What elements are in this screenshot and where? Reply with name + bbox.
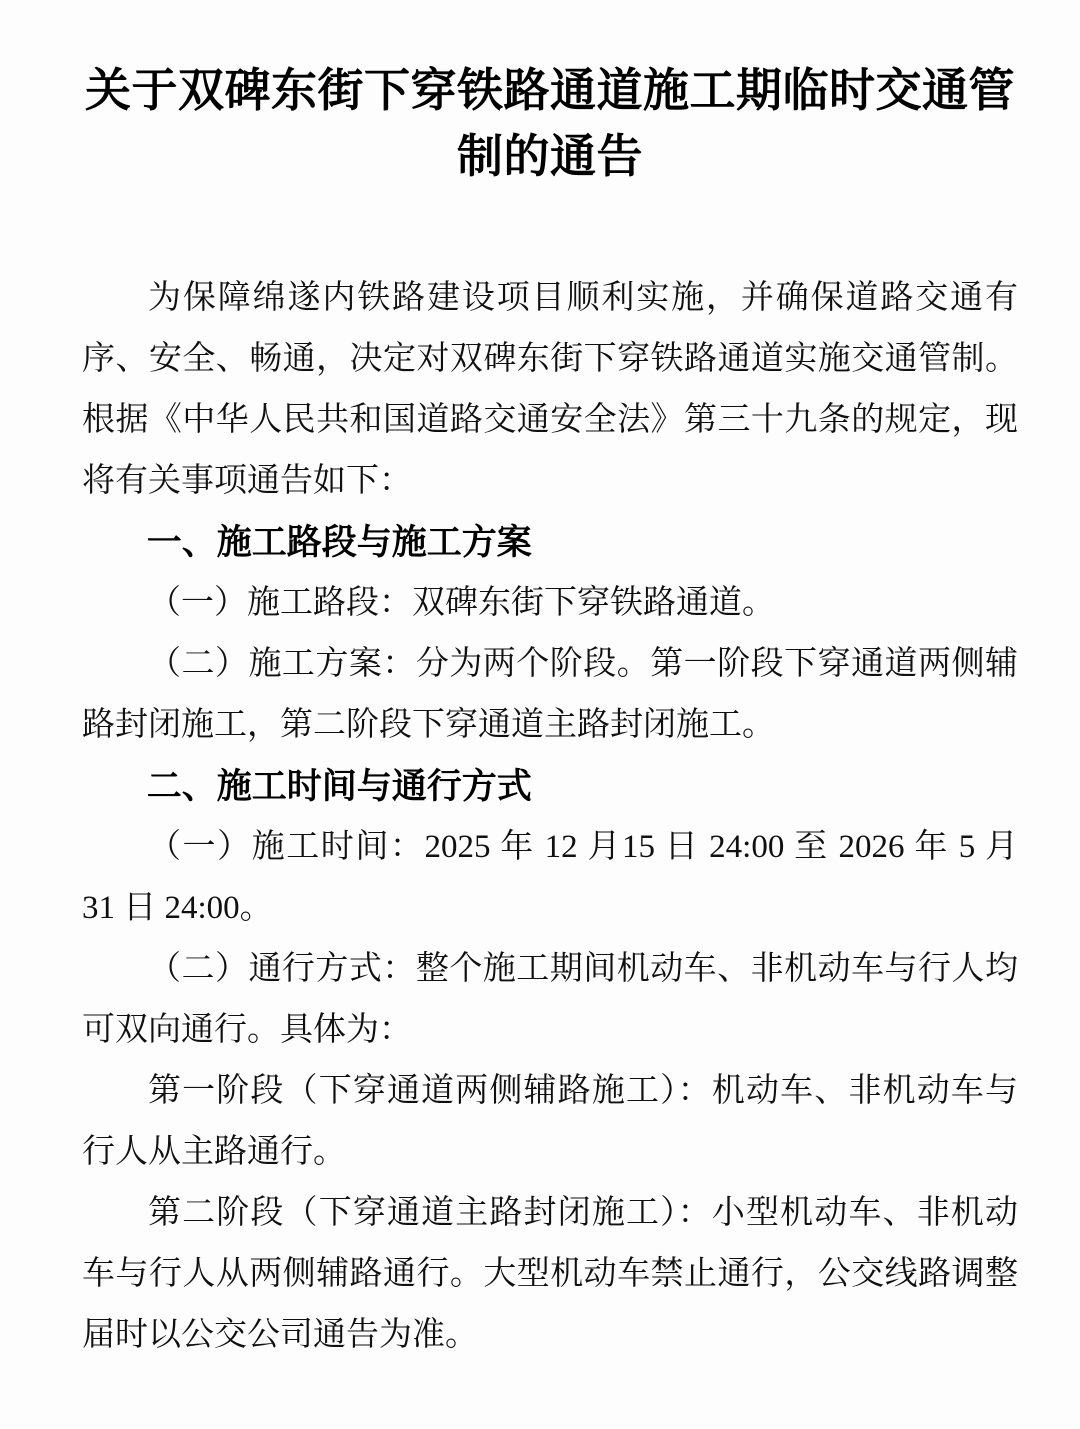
section-1-paragraph-2: （二）施工方案：分为两个阶段。第一阶段下穿通道两侧辅路封闭施工，第二阶段下穿通道… <box>82 634 1018 756</box>
notice-title: 关于双碑东街下穿铁路通道施工期临时交通管制的通告 <box>82 58 1018 190</box>
intro-paragraph: 为保障绵遂内铁路建设项目顺利实施，并确保道路交通有序、安全、畅通，决定对双碑东街… <box>82 268 1018 512</box>
section-2-paragraph-1: （一）施工时间：2025 年 12 月15 日 24:00 至 2026 年 5… <box>82 817 1018 939</box>
section-1-heading: 一、施工路段与施工方案 <box>82 512 1018 573</box>
section-1-paragraph-1: （一）施工路段：双碑东街下穿铁路通道。 <box>82 573 1018 634</box>
section-2-paragraph-2: （二）通行方式：整个施工期间机动车、非机动车与行人均可双向通行。具体为： <box>82 939 1018 1061</box>
notice-page: 关于双碑东街下穿铁路通道施工期临时交通管制的通告 为保障绵遂内铁路建设项目顺利实… <box>0 0 1080 1429</box>
section-2-paragraph-3: 第一阶段（下穿通道两侧辅路施工）：机动车、非机动车与行人从主路通行。 <box>82 1061 1018 1183</box>
notice-body: 为保障绵遂内铁路建设项目顺利实施，并确保道路交通有序、安全、畅通，决定对双碑东街… <box>82 268 1018 1366</box>
section-2-heading: 二、施工时间与通行方式 <box>82 756 1018 817</box>
section-2-paragraph-4: 第二阶段（下穿通道主路封闭施工）：小型机动车、非机动车与行人从两侧辅路通行。大型… <box>82 1183 1018 1366</box>
